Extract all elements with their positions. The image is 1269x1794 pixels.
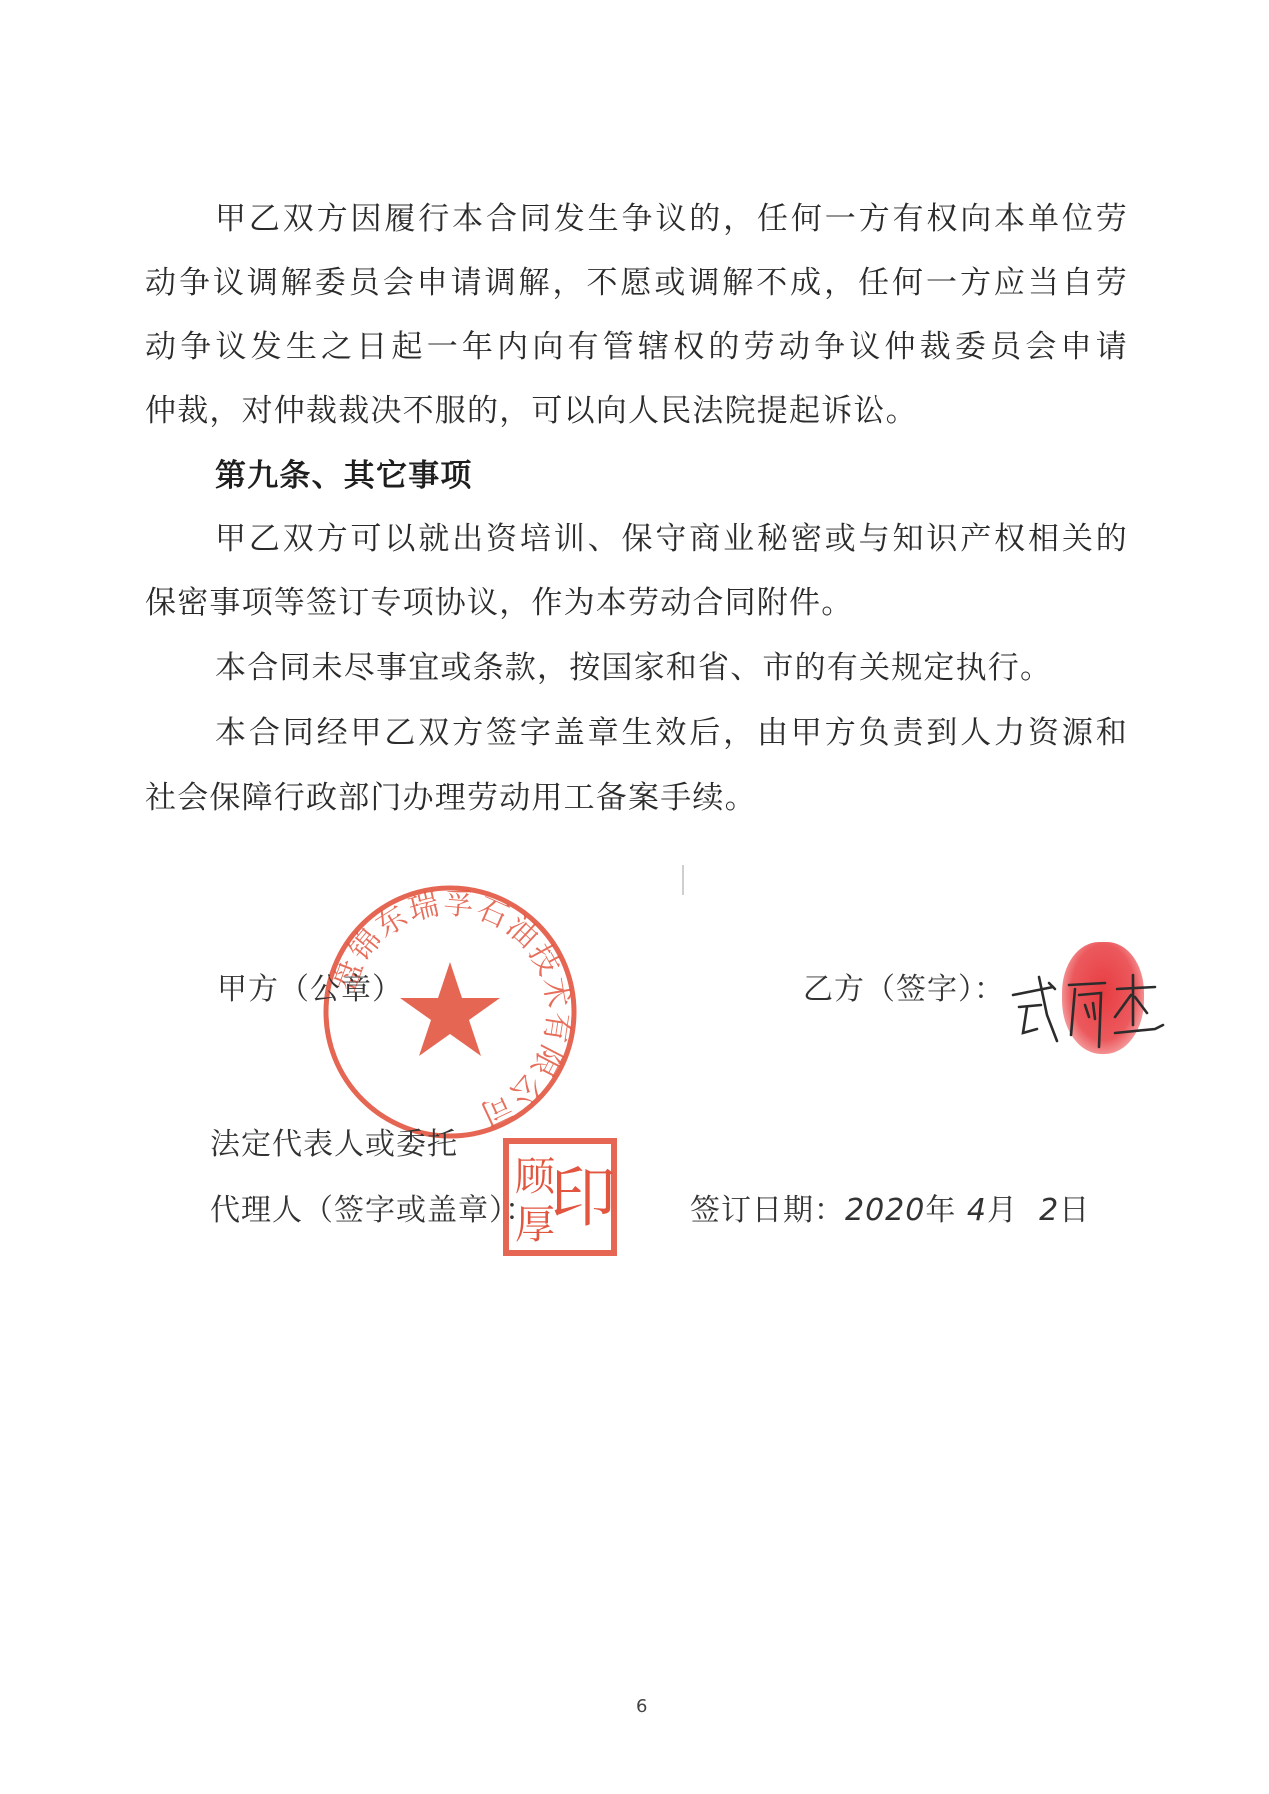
company-seal-icon: 盘锦东瑞孚石油技术有限公司 (318, 880, 582, 1144)
text-line: 甲乙双方因履行本合同发生争议的，任何一方有权向本单位劳 (215, 201, 1128, 237)
unmentioned-matters-paragraph: 本合同未尽事宜或条款，按国家和省、市的有关规定执行。 (215, 650, 1052, 686)
page-number: 6 (636, 1696, 647, 1717)
date-label: 签订日期： (690, 1193, 845, 1228)
svg-text:厚: 厚 (515, 1202, 555, 1248)
party-b-label: 乙方（签字）： (803, 972, 1005, 1008)
party-b-signature-icon (1005, 955, 1165, 1065)
text-line: 动争议发生之日起一年内向有管辖权的劳动争议仲裁委员会申请 (145, 329, 1128, 365)
date-day: 2 (1039, 1193, 1059, 1228)
personal-seal-icon: 顾 厚 印 (503, 1138, 617, 1256)
article-heading: 第九条、其它事项 (215, 458, 473, 494)
text-line: 动争议调解委员会申请调解，不愿或调解不成，任何一方应当自劳 (145, 265, 1128, 301)
agent-signature-label: 代理人（签字或盖章）： (210, 1193, 536, 1229)
date-month: 4 (967, 1193, 987, 1228)
date-year: 2020 (845, 1193, 925, 1228)
scan-artifact (682, 865, 684, 895)
date-day-unit: 日 (1059, 1193, 1090, 1228)
date-month-unit: 月 (987, 1193, 1018, 1228)
text-line: 仲裁，对仲裁裁决不服的，可以向人民法院提起诉讼。 (145, 393, 918, 429)
text-line: 甲乙双方可以就出资培训、保守商业秘密或与知识产权相关的 (215, 521, 1128, 557)
text-line: 本合同经甲乙双方签字盖章生效后，由甲方负责到人力资源和 (215, 715, 1128, 751)
legal-representative-label: 法定代表人或委托 (210, 1127, 458, 1163)
text-line: 保密事项等签订专项协议，作为本劳动合同附件。 (145, 585, 853, 621)
date-year-unit: 年 (925, 1193, 956, 1228)
signing-date: 签订日期：2020年 4月 2日 (690, 1193, 1090, 1229)
text-line: 社会保障行政部门办理劳动用工备案手续。 (145, 780, 757, 816)
party-a-label: 甲方（公章） (217, 972, 403, 1008)
svg-text:印: 印 (550, 1159, 616, 1236)
